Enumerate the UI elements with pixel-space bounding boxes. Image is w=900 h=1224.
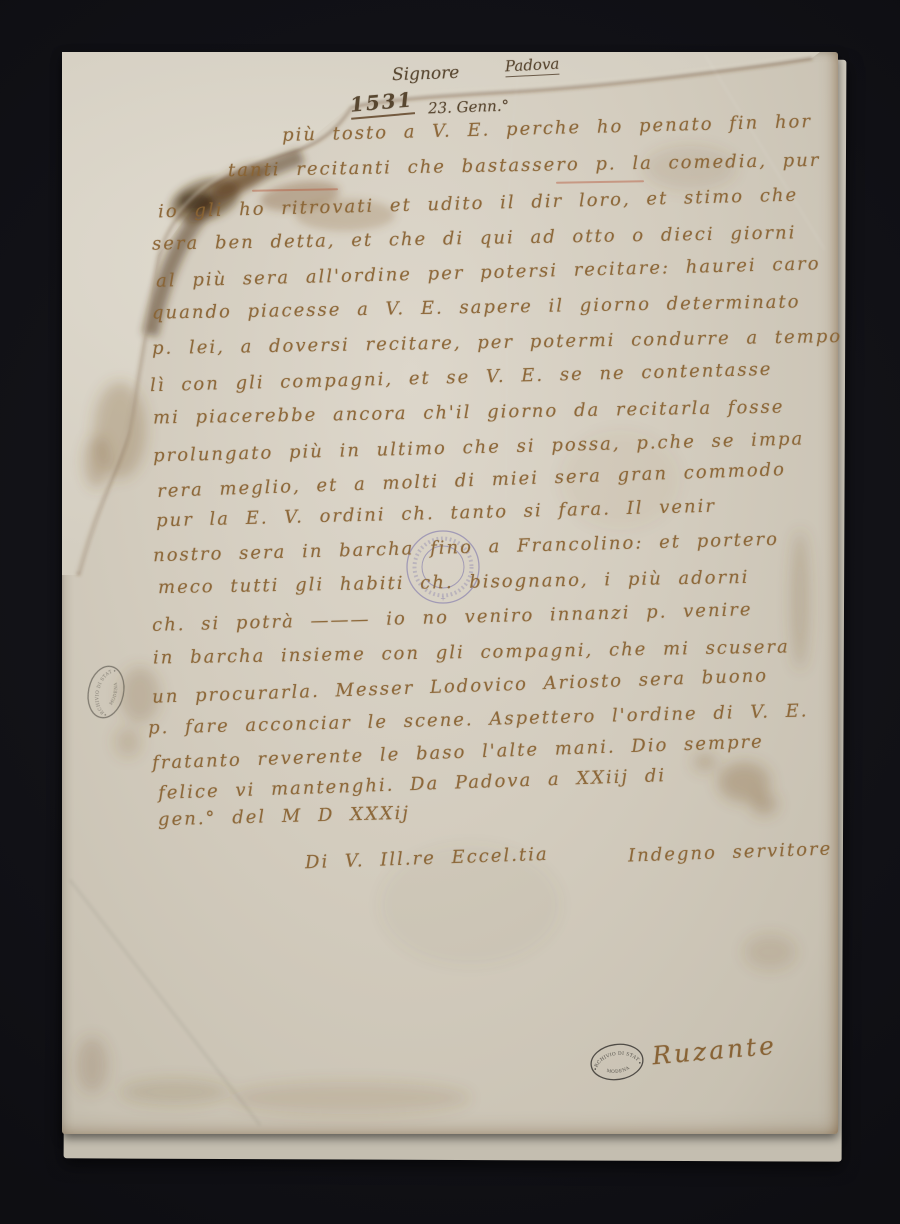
photograph-background: + ARCHIVIO DI STATO MODENA ARCHIVIO DI S…	[0, 0, 900, 1224]
annotation-place: Padova	[505, 55, 560, 78]
annotation-year: 1531	[349, 87, 415, 119]
annotation-date: 23. Genn.°	[428, 97, 510, 118]
annotation-salutation: Signore	[392, 63, 460, 85]
